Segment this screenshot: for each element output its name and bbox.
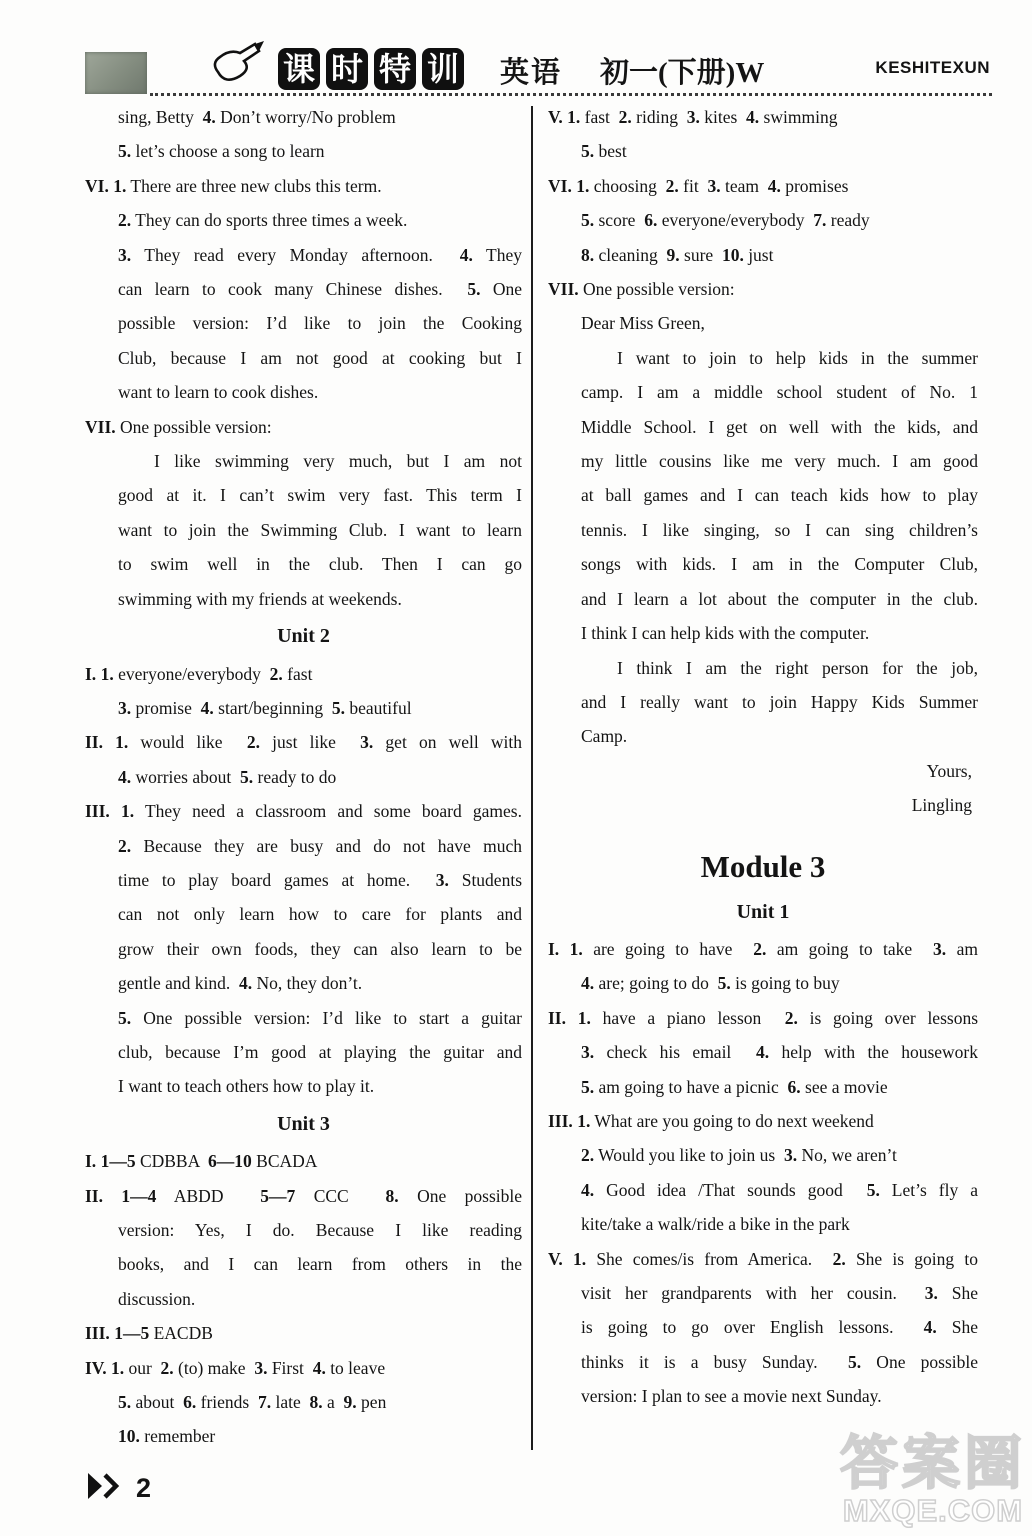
answer-line: and I learn a lot about the computer in … [548,582,978,616]
watermark: 答案圈 MXQE.COM [840,1434,1026,1528]
answer-line: Camp. [548,719,978,753]
answer-line: visit her grandparents with her cousin. … [548,1276,978,1310]
answer-line: 3. check his email 4. help with the hous… [548,1035,978,1069]
answer-line: III. 1. They need a classroom and some b… [85,794,522,828]
answer-column-right: V. 1. fast 2. riding 3. kites 4. swimmin… [548,100,978,1414]
answer-line: swimming with my friends at weekends. [85,582,522,616]
answer-line: I want to teach others how to play it. [85,1069,522,1103]
answer-line: is going to go over English lessons. 4. … [548,1310,978,1344]
answer-line: 2. Would you like to join us 3. No, we a… [548,1138,978,1172]
answer-line: IV. 1. our 2. (to) make 3. First 4. to l… [85,1351,522,1385]
answer-line: 5. score 6. everyone/everybody 7. ready [548,203,978,237]
watermark-badge: 答案圈 [840,1434,1026,1494]
answer-line: my little cousins like me very much. I a… [548,444,978,478]
answer-line: 5. am going to have a picnic 6. see a mo… [548,1070,978,1104]
answer-line: gentle and kind. 4. No, they don’t. [85,966,522,1000]
answer-line: I think I can help kids with the compute… [548,616,978,650]
answer-line: can learn to cook many Chinese dishes. 5… [85,272,522,306]
answer-line: II. 1. have a piano lesson 2. is going o… [548,1001,978,1035]
answer-line: VI. 1. choosing 2. fit 3. team 4. promis… [548,169,978,203]
answer-line: 3. promise 4. start/beginning 5. beautif… [85,691,522,725]
answer-line: II. 1. would like 2. just like 3. get on… [85,725,522,759]
answer-line: want to join the Swimming Club. I want t… [85,513,522,547]
brand-character-box: 训 [422,48,464,90]
answer-line: kite/take a walk/ride a bike in the park [548,1207,978,1241]
answer-line: 4. are; going to do 5. is going to buy [548,966,978,1000]
page-number: 2 [136,1473,151,1504]
answer-line: III. 1—5 EACDB [85,1316,522,1350]
answer-column-left: sing, Betty 4. Don’t worry/No problem5. … [85,100,522,1454]
answer-line: 2. They can do sports three times a week… [85,203,522,237]
subject-label: 英语 [500,50,562,91]
answer-line: II. 1—4 ABDD 5—7 CCC 8. One possible [85,1179,522,1213]
answer-line: version: Yes, I do. Because I like readi… [85,1213,522,1247]
header-dotted-rule [150,93,992,96]
page-footer: 2 [88,1472,151,1505]
answer-line: V. 1. She comes/is from America. 2. She … [548,1242,978,1276]
answer-line: books, and I can learn from others in th… [85,1247,522,1281]
module-heading: Module 3 [548,847,978,887]
answer-line: I. 1. are going to have 2. am going to t… [548,932,978,966]
brand-title-boxes: 课时特训 [278,48,464,90]
answer-line: VI. 1. There are three new clubs this te… [85,169,522,203]
answer-line: at ball games and I can teach kids how t… [548,478,978,512]
answer-line: I. 1. everyone/everybody 2. fast [85,657,522,691]
unit-heading: Unit 2 [85,619,522,653]
answer-line: I like swimming very much, but I am not [85,444,522,478]
answer-line: I want to join to help kids in the summe… [548,341,978,375]
answer-line: time to play board games at home. 3. Stu… [85,863,522,897]
unit-heading: Unit 3 [85,1107,522,1141]
answer-line: III. 1. What are you going to do next we… [548,1104,978,1138]
answer-line: VII. One possible version: [85,410,522,444]
brand-romanized: KESHITEXUN [875,58,990,78]
answer-line: sing, Betty 4. Don’t worry/No problem [85,100,522,134]
answer-line: to swim well in the club. Then I can go [85,547,522,581]
answer-line: grow their own foods, they can also lear… [85,932,522,966]
unit-heading: Unit 1 [548,895,978,929]
answer-line: I. 1—5 CDBBA 6—10 BCADA [85,1144,522,1178]
brand-photo-square [85,52,147,94]
column-divider [531,106,533,1450]
answer-line: 5. One possible version: I’d like to sta… [85,1001,522,1035]
answer-line: 4. Good idea /That sounds good 5. Let’s … [548,1173,978,1207]
answer-line: Middle School. I get on well with the ki… [548,410,978,444]
answer-line: want to learn to cook dishes. [85,375,522,409]
page-arrow-icon [88,1472,124,1505]
answer-line: 10. remember [85,1419,522,1453]
answer-line: 5. about 6. friends 7. late 8. a 9. pen [85,1385,522,1419]
answer-line: Lingling [548,788,978,822]
grade-label: 初一(下册)W [600,50,764,91]
answer-line: can not only learn how to care for plant… [85,897,522,931]
brand-character-box: 时 [326,48,368,90]
answer-line: I think I am the right person for the jo… [548,651,978,685]
answer-line: club, because I’m good at playing the gu… [85,1035,522,1069]
answer-line: tennis. I like singing, so I can sing ch… [548,513,978,547]
brand-character-box: 特 [374,48,416,90]
answer-line: 5. best [548,134,978,168]
answer-page: 课时特训 英语 初一(下册)W KESHITEXUN sing, Betty 4… [0,0,1032,1536]
brand-character-box: 课 [278,48,320,90]
answer-line: songs with kids. I am in the Computer Cl… [548,547,978,581]
answer-line: V. 1. fast 2. riding 3. kites 4. swimmin… [548,100,978,134]
answer-line: 4. worries about 5. ready to do [85,760,522,794]
answer-line: 5. let’s choose a song to learn [85,134,522,168]
answer-line: 3. They read every Monday afternoon. 4. … [85,238,522,272]
answer-line: thinks it is a busy Sunday. 5. One possi… [548,1345,978,1379]
answer-line: discussion. [85,1282,522,1316]
watermark-domain: MXQE.COM [840,1494,1026,1528]
answer-line: Yours, [548,754,978,788]
answer-line: camp. I am a middle school student of No… [548,375,978,409]
answer-line: Dear Miss Green, [548,306,978,340]
answer-line: 2. Because they are busy and do not have… [85,829,522,863]
answer-line: and I really want to join Happy Kids Sum… [548,685,978,719]
hand-pen-icon [208,40,270,97]
answer-line: possible version: I’d like to join the C… [85,306,522,340]
answer-line: good at it. I can’t swim very fast. This… [85,478,522,512]
answer-line: version: I plan to see a movie next Sund… [548,1379,978,1413]
answer-line: VII. One possible version: [548,272,978,306]
answer-line: 8. cleaning 9. sure 10. just [548,238,978,272]
answer-line: Club, because I am not good at cooking b… [85,341,522,375]
